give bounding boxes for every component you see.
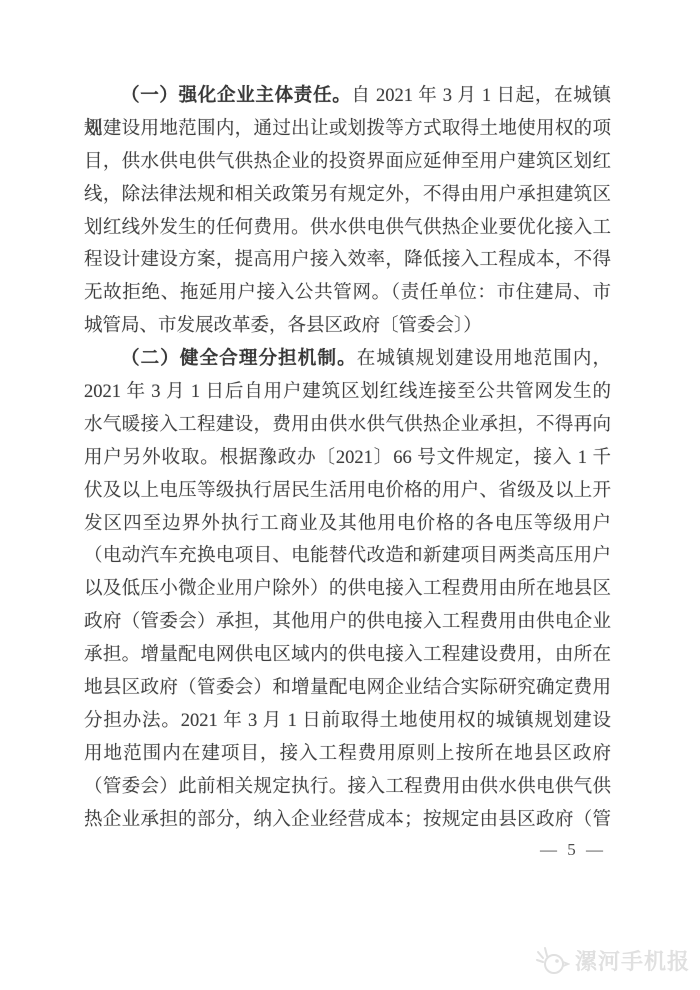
text-line: 地县区政府（管委会）和增量配电网企业结合实际研究确定费用 (84, 672, 611, 705)
text-line: 伏及以上电压等级执行居民生活用电价格的用户、省级及以上开 (84, 475, 611, 508)
paragraph-text: 划红线外发生的任何费用。供水供电供气供热企业要优化接入工 (84, 218, 611, 238)
watermark: 漯河手机报 (534, 944, 690, 976)
paragraph-text: 用户另外收取。根据豫政办〔2021〕66 号文件规定，接入 1 千 (84, 448, 611, 468)
paragraph-text: 划建设用地范围内，通过出让或划拨等方式取得土地使用权的项 (84, 119, 611, 139)
text-line: 承担。增量配电网供电区域内的供电接入工程建设费用，由所在 (84, 639, 611, 672)
paragraph-text: 以及低压小微企业用户除外）的供电接入工程费用由所在地县区 (84, 579, 611, 599)
document-body: （一）强化企业主体责任。自 2021 年 3 月 1 日起，在城镇规划建设用地范… (84, 80, 611, 836)
text-line: 程设计建设方案，提高用户接入效率，降低接入工程成本，不得 (84, 244, 611, 277)
text-line: （电动汽车充换电项目、电能替代改造和新建项目两类高压用户 (84, 540, 611, 573)
watermark-text: 漯河手机报 (575, 945, 690, 976)
paragraph-text: 无故拒绝、拖延用户接入公共管网。（责任单位：市住建局、市 (84, 283, 611, 303)
paragraph-text: 用地范围内在建项目，接入工程费用原则上按所在地县区政府 (84, 744, 611, 764)
paragraph-text: 地县区政府（管委会）和增量配电网企业结合实际研究确定费用 (84, 678, 611, 698)
paragraph-text: 目，供水供电供气供热企业的投资界面应延伸至用户建筑区划红 (84, 152, 611, 172)
paragraph-text: 在城镇规划建设用地范围内， (357, 349, 611, 369)
bird-logo-icon (534, 944, 570, 976)
text-line: （一）强化企业主体责任。自 2021 年 3 月 1 日起，在城镇规 (84, 80, 611, 113)
text-line: 线，除法律法规和相关政策另有规定外，不得由用户承担建筑区 (84, 179, 611, 212)
paragraph-text: （管委会）此前相关规定执行。接入工程费用由供水供电供气供 (84, 777, 611, 797)
text-line: 发区四至边界外执行工商业及其他用电价格的各电压等级用户 (84, 508, 611, 541)
paragraph-heading: （二）健全合理分担机制。 (121, 349, 357, 369)
text-line: 2021 年 3 月 1 日后自用户建筑区划红线连接至公共管网发生的 (84, 376, 611, 409)
paragraph-text: 政府（管委会）承担，其他用户的供电接入工程费用由供电企业 (84, 612, 611, 632)
document-page: （一）强化企业主体责任。自 2021 年 3 月 1 日起，在城镇规划建设用地范… (0, 0, 700, 990)
text-line: （管委会）此前相关规定执行。接入工程费用由供水供电供气供 (84, 771, 611, 804)
paragraph-heading: （一）强化企业主体责任。 (121, 86, 351, 106)
text-line: 划红线外发生的任何费用。供水供电供气供热企业要优化接入工 (84, 212, 611, 245)
text-line: 分担办法。2021 年 3 月 1 日前取得土地使用权的城镇规划建设 (84, 705, 611, 738)
paragraph-text: 热企业承担的部分，纳入企业经营成本；按规定由县区政府（管 (84, 810, 611, 830)
paragraph-text: 水气暖接入工程建设，费用由供水供气供热企业承担，不得再向 (84, 415, 611, 435)
paragraph-text: 分担办法。2021 年 3 月 1 日前取得土地使用权的城镇规划建设 (84, 711, 611, 731)
text-line: 用地范围内在建项目，接入工程费用原则上按所在地县区政府 (84, 738, 611, 771)
text-line: （二）健全合理分担机制。在城镇规划建设用地范围内， (84, 343, 611, 376)
paragraph-text: 线，除法律法规和相关政策另有规定外，不得由用户承担建筑区 (84, 185, 611, 205)
text-line: 无故拒绝、拖延用户接入公共管网。（责任单位：市住建局、市 (84, 277, 611, 310)
paragraph-text: 程设计建设方案，提高用户接入效率，降低接入工程成本，不得 (84, 250, 611, 270)
text-line: 城管局、市发展改革委，各县区政府〔管委会〕） (84, 310, 611, 343)
paragraph-text: 伏及以上电压等级执行居民生活用电价格的用户、省级及以上开 (84, 481, 611, 501)
paragraph-text: 发区四至边界外执行工商业及其他用电价格的各电压等级用户 (84, 514, 611, 534)
paragraph-text: 城管局、市发展改革委，各县区政府〔管委会〕） (84, 316, 482, 336)
text-line: 划建设用地范围内，通过出让或划拨等方式取得土地使用权的项 (84, 113, 611, 146)
text-line: 政府（管委会）承担，其他用户的供电接入工程费用由供电企业 (84, 606, 611, 639)
page-number: — 5 — (540, 840, 606, 860)
text-line: 用户另外收取。根据豫政办〔2021〕66 号文件规定，接入 1 千 (84, 442, 611, 475)
text-line: 以及低压小微企业用户除外）的供电接入工程费用由所在地县区 (84, 573, 611, 606)
paragraph-text: 2021 年 3 月 1 日后自用户建筑区划红线连接至公共管网发生的 (84, 382, 611, 402)
paragraph-text: （电动汽车充换电项目、电能替代改造和新建项目两类高压用户 (84, 546, 611, 566)
text-line: 水气暖接入工程建设，费用由供水供气供热企业承担，不得再向 (84, 409, 611, 442)
text-line: 热企业承担的部分，纳入企业经营成本；按规定由县区政府（管 (84, 804, 611, 837)
paragraph-text: 承担。增量配电网供电区域内的供电接入工程建设费用，由所在 (84, 645, 611, 665)
text-line: 目，供水供电供气供热企业的投资界面应延伸至用户建筑区划红 (84, 146, 611, 179)
